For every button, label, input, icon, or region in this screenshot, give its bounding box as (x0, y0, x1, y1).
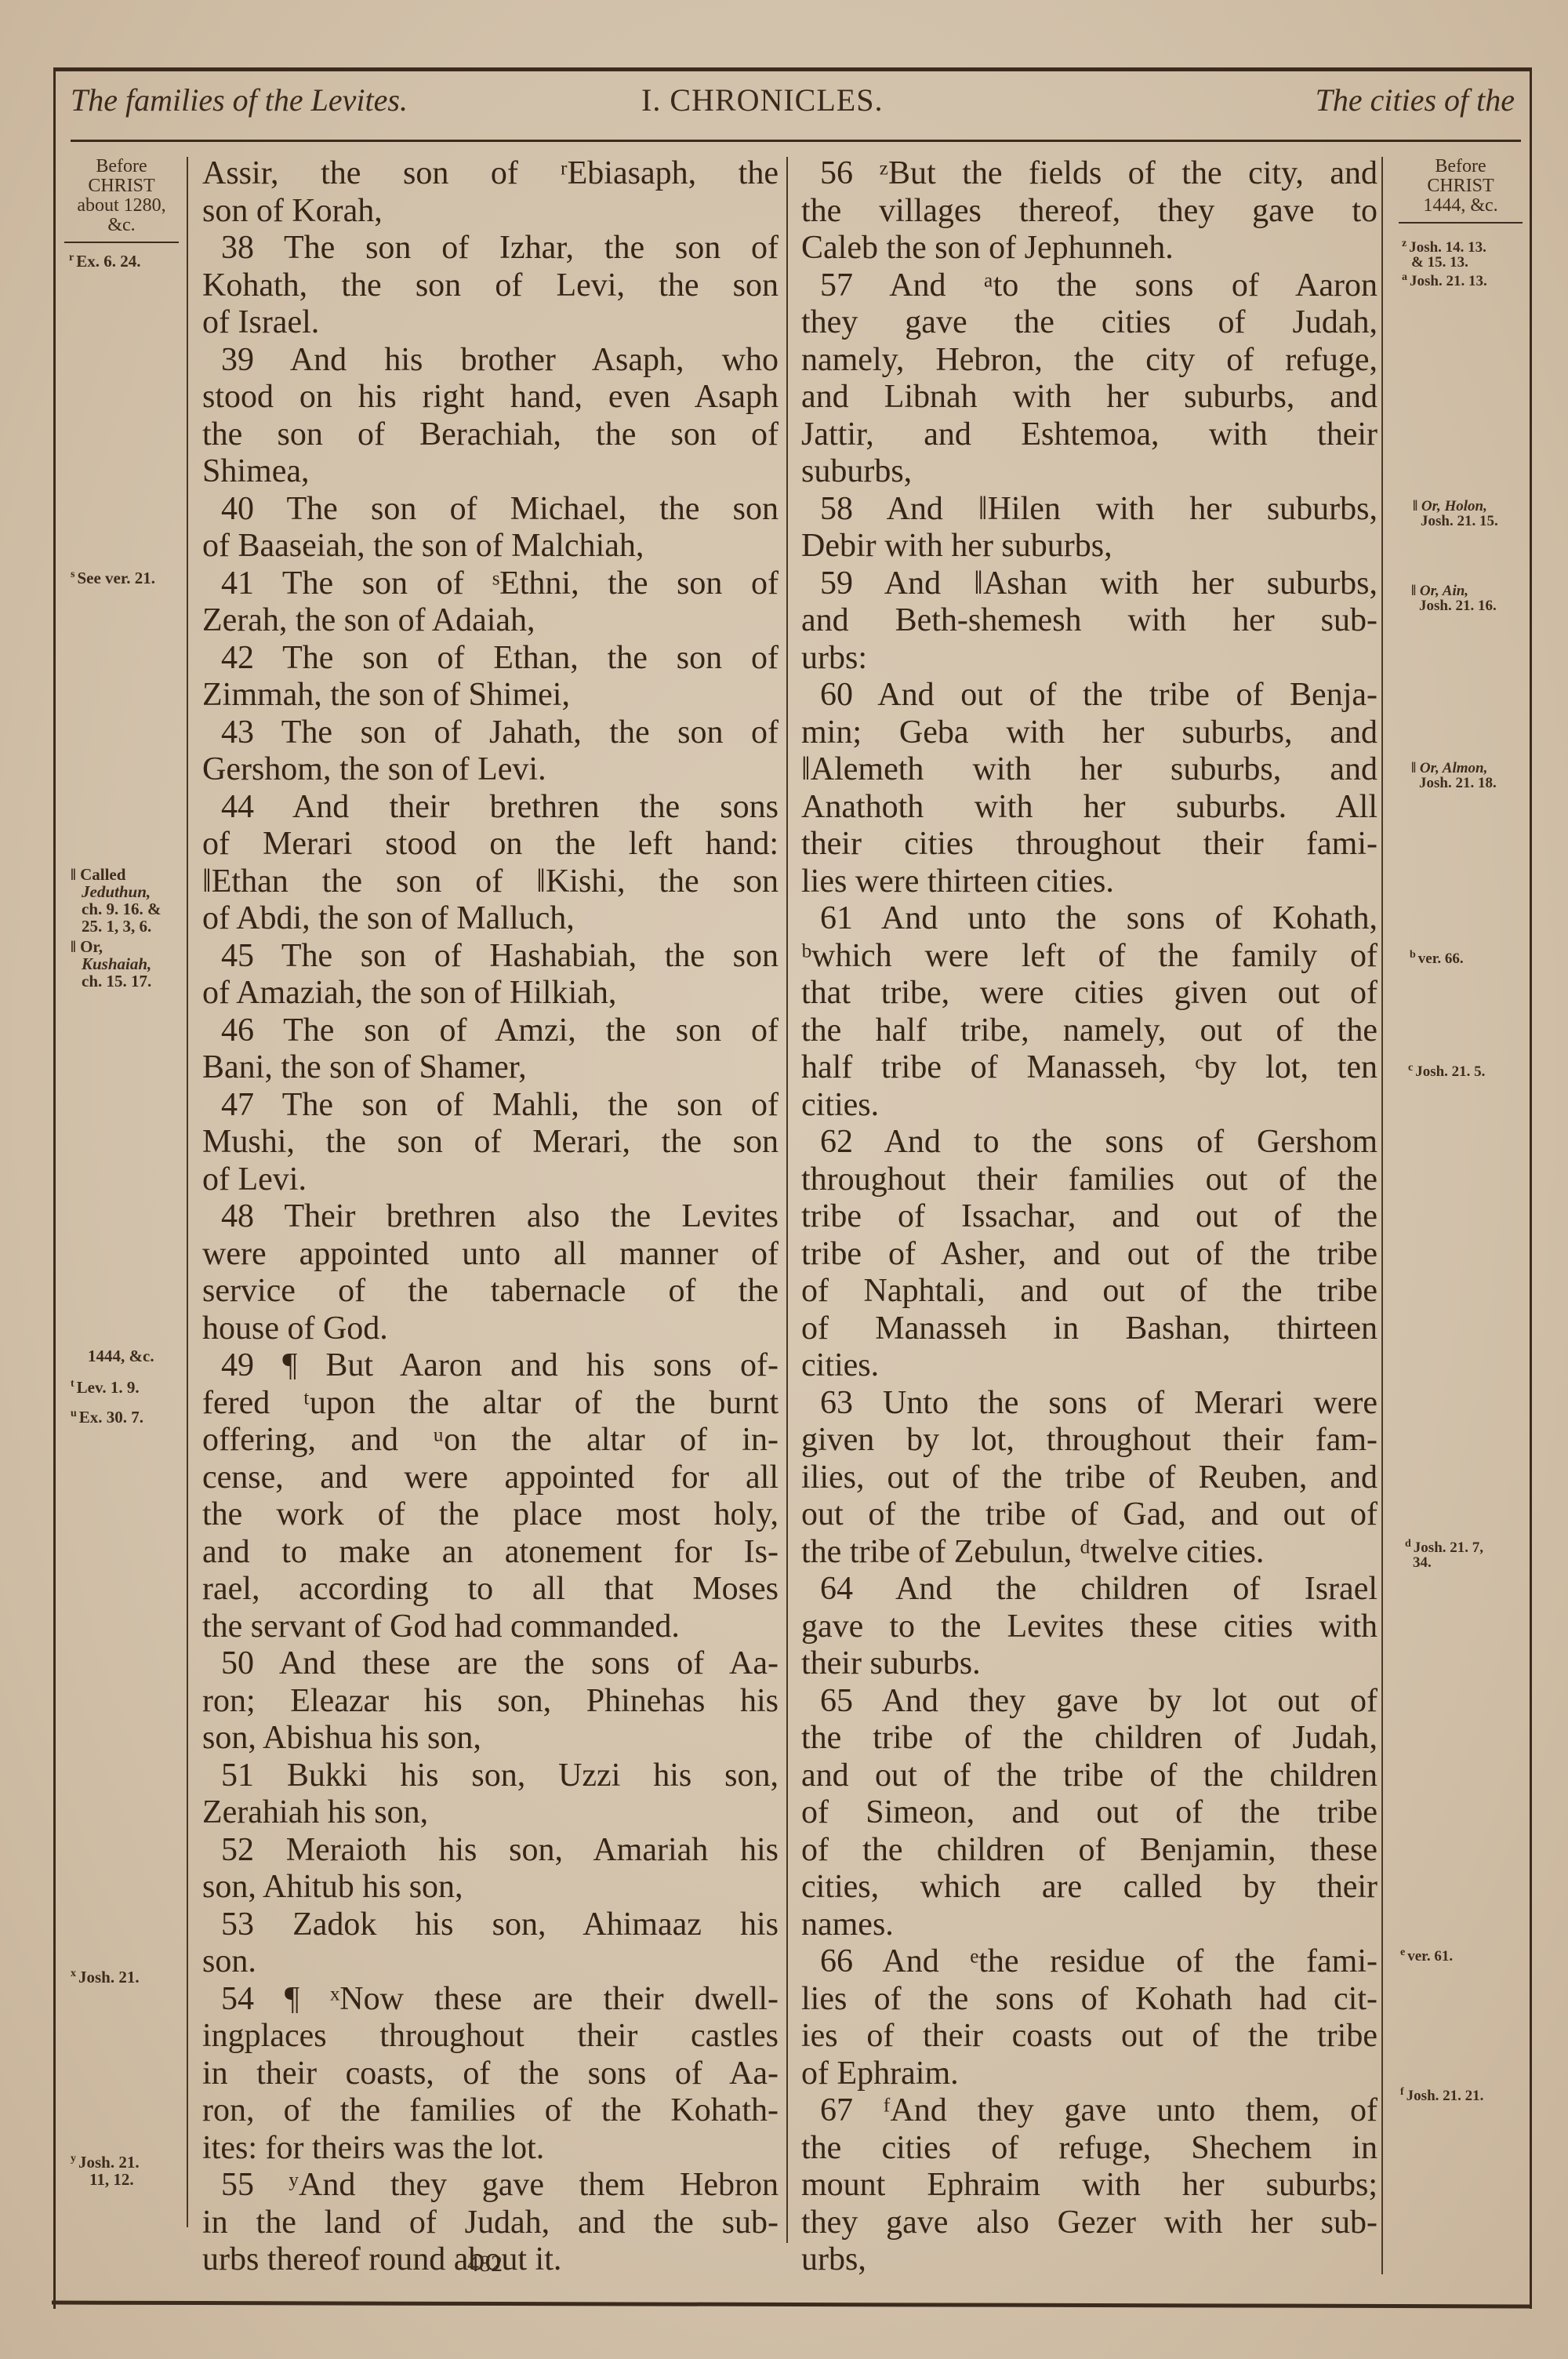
text-line: suburbs, (801, 453, 1377, 491)
cross-reference: cJosh. 21. 5. (1408, 1063, 1485, 1081)
text-line: 67 ᶠAnd they gave unto them, of (801, 2092, 1377, 2130)
text-line: they gave also Gezer with her sub- (801, 2205, 1377, 2242)
text-line: 64 And the children of Israel (801, 1571, 1377, 1608)
text-line: urbs: (801, 640, 1377, 678)
text-line: and out of the tribe of the children (801, 1757, 1377, 1795)
header-right-title: The cities of the (1316, 82, 1515, 118)
cross-reference: uEx. 30. 7. (71, 1408, 143, 1426)
text-line: ᵇwhich were left of the family of (801, 938, 1377, 976)
text-line: stood on his right hand, even Asaph (202, 379, 779, 416)
text-line: 57 And ᵃto the sons of Aaron (801, 267, 1377, 305)
text-line: fered ᵗupon the altar of the burnt (202, 1385, 779, 1423)
text-line: Anathoth with her suburbs. All (801, 789, 1377, 827)
text-line: house of God. (202, 1310, 779, 1348)
cross-reference: zJosh. 14. 13. & 15. 13. (1402, 240, 1486, 270)
text-line: 63 Unto the sons of Merari were (801, 1385, 1377, 1423)
text-line: their suburbs. (801, 1645, 1377, 1683)
text-line: 42 The son of Ethan, the son of (202, 640, 779, 678)
text-line: 53 Zadok his son, Ahimaaz his (202, 1906, 779, 1944)
header-rule (71, 140, 1521, 142)
date-heading: Before CHRIST 1444, &c. (1394, 157, 1527, 216)
text-line: ingplaces throughout their castles (202, 2018, 779, 2055)
text-line: 54 ¶ ˣNow these are their dwell- (202, 1981, 779, 2019)
text-line: lies were thirteen cities. (801, 863, 1377, 901)
text-line: tribe of Asher, and out of the tribe (801, 1236, 1377, 1274)
text-column-right: 56 ᶻBut the fields of the city, andthe v… (801, 155, 1377, 2279)
text-line: and Libnah with her suburbs, and (801, 379, 1377, 416)
text-line: of Manasseh in Bashan, thirteen (801, 1310, 1377, 1348)
text-line: half tribe of Manasseh, ᶜby lot, ten (801, 1049, 1377, 1087)
text-line: 40 The son of Michael, the son (202, 491, 779, 529)
book-title: I. CHRONICLES. (641, 82, 883, 118)
text-line: cities. (801, 1347, 1377, 1385)
text-line: ‖Alemeth with her suburbs, and (801, 751, 1377, 789)
text-line: the villages thereof, they gave to (801, 193, 1377, 231)
text-line: gave to the Levites these cities with (801, 1608, 1377, 1646)
text-line: urbs, (801, 2241, 1377, 2279)
text-line: 66 And ᵉthe residue of the fami- (801, 1943, 1377, 1981)
text-line: throughout their families out of the (801, 1161, 1377, 1199)
text-line: of Abdi, the son of Malluch, (202, 900, 779, 938)
text-line: in the land of Judah, and the sub- (202, 2205, 779, 2242)
text-line: Jattir, and Eshtemoa, with their (801, 416, 1377, 454)
text-line: 60 And out of the tribe of Benja- (801, 677, 1377, 714)
text-line: Zimmah, the son of Shimei, (202, 677, 779, 714)
text-line: and to make an atonement for Is- (202, 1534, 779, 1572)
text-line: of Israel. (202, 304, 779, 342)
header-left-title: The families of the Levites. (71, 82, 408, 118)
text-line: Shimea, (202, 453, 779, 491)
text-line: ies of their coasts out of the tribe (801, 2018, 1377, 2055)
text-line: rael, according to all that Moses (202, 1571, 779, 1608)
date-note: 1444, &c. (88, 1347, 154, 1365)
text-line: the servant of God had commanded. (202, 1608, 779, 1646)
cross-reference: yJosh. 21. 11, 12. (71, 2154, 140, 2188)
text-line: offering, and ᵘon the altar of in- (202, 1422, 779, 1459)
cross-reference: ‖ Or, Kushaiah, ch. 15. 17. (71, 938, 151, 990)
text-line: Caleb the son of Jephunneh. (801, 230, 1377, 267)
right-margin-notes: Before CHRIST 1444, &c. (1394, 157, 1527, 230)
text-line: mount Ephraim with her suburbs; (801, 2167, 1377, 2205)
text-line: cities. (801, 1087, 1377, 1125)
text-line: of Simeon, and out of the tribe (801, 1794, 1377, 1832)
cross-reference: ‖ Or, Almon, Josh. 21. 18. (1411, 761, 1497, 791)
text-line: tribe of Issachar, and out of the (801, 1198, 1377, 1236)
text-line: 51 Bukki his son, Uzzi his son, (202, 1757, 779, 1795)
text-line: of Baaseiah, the son of Malchiah, (202, 528, 779, 565)
book-page: The families of the Levites. I. CHRONICL… (0, 0, 1568, 2359)
text-line: 46 The son of Amzi, the son of (202, 1012, 779, 1050)
text-line: and Beth-shemesh with her sub- (801, 602, 1377, 640)
date-heading-line: &c. (60, 216, 183, 235)
text-line: 65 And they gave by lot out of (801, 1683, 1377, 1721)
page-number: 482 (467, 2251, 503, 2277)
text-line: of Levi. (202, 1161, 779, 1199)
text-line: out of the tribe of Gad, and out of (801, 1496, 1377, 1534)
cross-reference: bver. 66. (1410, 951, 1464, 968)
text-line: 55 ʸAnd they gave them Hebron (202, 2167, 779, 2205)
cross-reference: aJosh. 21. 13. (1402, 273, 1487, 290)
text-line: 43 The son of Jahath, the son of (202, 714, 779, 752)
date-heading-line: about 1280, (60, 196, 183, 216)
text-line: 39 And his brother Asaph, who (202, 342, 779, 380)
text-line: Debir with her suburbs, (801, 528, 1377, 565)
text-line: namely, Hebron, the city of refuge, (801, 342, 1377, 380)
text-line: the tribe of Zebulun, ᵈtwelve cities. (801, 1534, 1377, 1572)
text-line: 59 And ‖Ashan with her suburbs, (801, 565, 1377, 603)
text-line: Mushi, the son of Merari, the son (202, 1124, 779, 1161)
text-line: the half tribe, namely, out of the (801, 1012, 1377, 1050)
text-line: son of Korah, (202, 193, 779, 231)
cross-reference: dJosh. 21. 7, 34. (1405, 1540, 1483, 1570)
cross-reference: rEx. 6. 24. (69, 253, 140, 270)
text-line: the tribe of the children of Judah, (801, 1720, 1377, 1757)
cross-reference: ever. 61. (1400, 1948, 1453, 1965)
text-line: in their coasts, of the sons of Aa- (202, 2055, 779, 2093)
text-line: Assir, the son of ʳEbiasaph, the (202, 155, 779, 193)
text-line: ites: for theirs was the lot. (202, 2130, 779, 2168)
margin-rule (1399, 222, 1523, 224)
text-line: 52 Meraioth his son, Amariah his (202, 1832, 779, 1870)
text-line: of Amaziah, the son of Hilkiah, (202, 975, 779, 1012)
text-line: 56 ᶻBut the fields of the city, and (801, 155, 1377, 193)
text-line: Kohath, the son of Levi, the son (202, 267, 779, 305)
date-heading: Before CHRIST about 1280, &c. (60, 157, 183, 235)
text-line: of the children of Benjamin, these (801, 1832, 1377, 1870)
text-line: given by lot, throughout their fam- (801, 1422, 1377, 1459)
text-line: 44 And their brethren the sons (202, 789, 779, 827)
left-margin-notes: Before CHRIST about 1280, &c. (60, 157, 183, 249)
text-line: 48 Their brethren also the Levites (202, 1198, 779, 1236)
cross-reference: ‖ Called Jeduthun, ch. 9. 16. & 25. 1, 3… (71, 866, 162, 935)
text-column-left: Assir, the son of ʳEbiasaph, theson of K… (202, 155, 779, 2279)
cross-reference: tLev. 1. 9. (71, 1379, 140, 1396)
text-line: 62 And to the sons of Gershom (801, 1124, 1377, 1161)
cross-reference: fJosh. 21. 21. (1400, 2088, 1483, 2105)
text-line: son, Ahitub his son, (202, 1869, 779, 1906)
date-heading-line: CHRIST (60, 176, 183, 196)
column-divider-left-margin (187, 157, 188, 2227)
cross-reference: ‖ Or, Ain, Josh. 21. 16. (1411, 583, 1497, 613)
date-heading-line: Before (60, 157, 183, 176)
text-line: names. (801, 1906, 1377, 1944)
column-divider-center (786, 157, 788, 2243)
cross-reference: ‖ Or, Holon, Josh. 21. 15. (1413, 499, 1498, 529)
text-line: ilies, out of the tribe of Reuben, and (801, 1459, 1377, 1497)
text-line: lies of the sons of Kohath had cit- (801, 1981, 1377, 2019)
text-line: 58 And ‖Hilen with her suburbs, (801, 491, 1377, 529)
cross-reference: sSee ver. 21. (71, 569, 155, 587)
text-line: 38 The son of Izhar, the son of (202, 230, 779, 267)
date-heading-line: 1444, &c. (1394, 196, 1527, 216)
text-line: were appointed unto all manner of (202, 1236, 779, 1274)
text-line: 49 ¶ But Aaron and his sons of- (202, 1347, 779, 1385)
date-heading-line: Before (1394, 157, 1527, 176)
text-line: ‖Ethan the son of ‖Kishi, the son (202, 863, 779, 901)
date-heading-line: CHRIST (1394, 176, 1527, 196)
text-line: cense, and were appointed for all (202, 1459, 779, 1497)
text-line: cities, which are called by their (801, 1869, 1377, 1906)
text-line: 50 And these are the sons of Aa- (202, 1645, 779, 1683)
text-line: 61 And unto the sons of Kohath, (801, 900, 1377, 938)
text-line: their cities throughout their fami- (801, 826, 1377, 863)
text-line: Zerahiah his son, (202, 1794, 779, 1832)
text-line: 45 The son of Hashabiah, the son (202, 938, 779, 976)
text-line: ron, of the families of the Kohath- (202, 2092, 779, 2130)
text-line: of Naphtali, and out of the tribe (801, 1273, 1377, 1310)
text-line: Bani, the son of Shamer, (202, 1049, 779, 1087)
text-line: ron; Eleazar his son, Phinehas his (202, 1683, 779, 1721)
text-line: that tribe, were cities given out of (801, 975, 1377, 1012)
text-line: they gave the cities of Judah, (801, 304, 1377, 342)
text-line: 47 The son of Mahli, the son of (202, 1087, 779, 1125)
column-divider-right-margin (1381, 157, 1383, 2274)
text-line: the son of Berachiah, the son of (202, 416, 779, 454)
text-line: the cities of refuge, Shechem in (801, 2130, 1377, 2168)
text-line: min; Geba with her suburbs, and (801, 714, 1377, 752)
running-header: The families of the Levites. I. CHRONICL… (71, 78, 1521, 133)
cross-reference: xJosh. 21. (71, 1968, 140, 1986)
text-line: son, Abishua his son, (202, 1720, 779, 1757)
text-line: the work of the place most holy, (202, 1496, 779, 1534)
margin-rule (64, 242, 179, 243)
text-line: son. (202, 1943, 779, 1981)
text-line: Gershom, the son of Levi. (202, 751, 779, 789)
text-line: Zerah, the son of Adaiah, (202, 602, 779, 640)
text-line: 41 The son of ˢEthni, the son of (202, 565, 779, 603)
text-line: service of the tabernacle of the (202, 1273, 779, 1310)
text-line: of Ephraim. (801, 2055, 1377, 2093)
text-line: of Merari stood on the left hand: (202, 826, 779, 863)
